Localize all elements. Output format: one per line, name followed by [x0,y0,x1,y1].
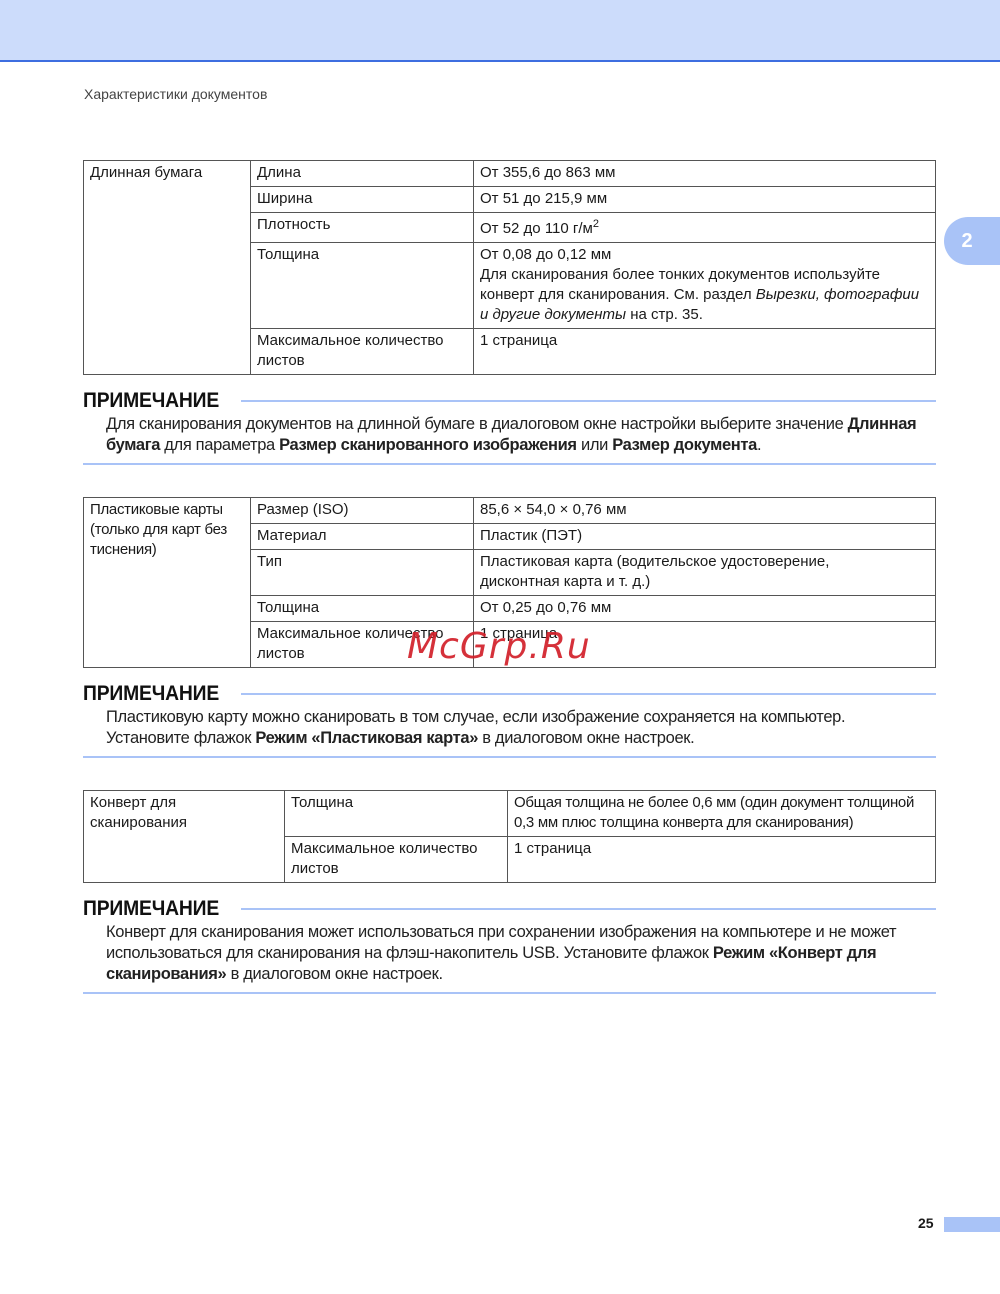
divider [83,992,936,994]
option-scan-size: Размер сканированного изображения [279,436,577,454]
divider [241,693,936,695]
note-carrier-sheet: ПРИМЕЧАНИЕ Конверт для сканирования може… [83,896,936,994]
page-number: 25 [918,1215,934,1231]
category-cell: Длинная бумага [84,161,251,375]
value-cell: Общая толщина не более 0,6 мм (один доку… [508,791,936,837]
value-text: От 52 до 110 г/м [480,220,593,237]
note-body: Конверт для сканирования может использов… [106,922,936,985]
divider [83,756,936,758]
param-cell: Максимальное количество листов [285,837,508,883]
param-cell: Ширина [251,187,474,213]
table-row: Конверт для сканирования Толщина Общая т… [84,791,936,837]
note-body: Пластиковую карту можно сканировать в то… [106,707,936,749]
table-row: Пластиковые карты (только для карт без т… [84,498,936,524]
value-cell: От 0,08 до 0,12 мм Для сканирования боле… [474,243,936,329]
option-document-size: Размер документа [612,436,757,454]
param-cell: Длина [251,161,474,187]
param-cell: Толщина [251,243,474,329]
footer-band [944,1217,1000,1232]
divider [241,908,936,910]
value-cell: 1 страница [474,329,936,375]
note-title: ПРИМЕЧАНИЕ [83,389,219,413]
value-cell: 85,6 × 54,0 × 0,76 мм [474,498,936,524]
long-paper-spec-table: Длинная бумага Длина От 355,6 до 863 мм … [83,160,936,375]
divider [241,400,936,402]
watermark: McGrp.Ru [407,626,591,667]
note-plastic-cards: ПРИМЕЧАНИЕ Пластиковую карту можно скани… [83,681,936,758]
value-cell: От 52 до 110 г/м2 [474,213,936,243]
option-plastic-card-mode: Режим «Пластиковая карта» [255,729,478,747]
param-cell: Толщина [285,791,508,837]
value-note: Для сканирования более тонких документов… [480,265,929,325]
carrier-sheet-spec-table: Конверт для сканирования Толщина Общая т… [83,790,936,883]
top-header-band [0,0,1000,62]
value-cell: 1 страница [508,837,936,883]
value-cell: От 51 до 215,9 мм [474,187,936,213]
param-cell: Размер (ISO) [251,498,474,524]
note-title: ПРИМЕЧАНИЕ [83,897,219,921]
value-cell: От 355,6 до 863 мм [474,161,936,187]
value-text: От 0,08 до 0,12 мм [480,245,929,265]
category-cell: Конверт для сканирования [84,791,285,883]
param-cell: Максимальное количество листов [251,329,474,375]
chapter-number: 2 [961,230,972,253]
running-header: Характеристики документов [84,86,267,102]
param-cell: Тип [251,550,474,596]
category-cell: Пластиковые карты (только для карт без т… [84,498,251,668]
divider [83,463,936,465]
note-title: ПРИМЕЧАНИЕ [83,682,219,706]
table-row: Длинная бумага Длина От 355,6 до 863 мм [84,161,936,187]
note-long-paper: ПРИМЕЧАНИЕ Для сканирования документов н… [83,388,936,465]
note-tail: на стр. 35. [626,306,703,323]
value-cell: От 0,25 до 0,76 мм [474,596,936,622]
chapter-tab[interactable]: 2 [944,217,1000,265]
value-cell: Пластиковая карта (водительское удостове… [474,550,936,596]
param-cell: Плотность [251,213,474,243]
superscript: 2 [593,218,599,230]
value-cell: Пластик (ПЭТ) [474,524,936,550]
param-cell: Материал [251,524,474,550]
param-cell: Толщина [251,596,474,622]
note-body: Для сканирования документов на длинной б… [106,414,936,456]
